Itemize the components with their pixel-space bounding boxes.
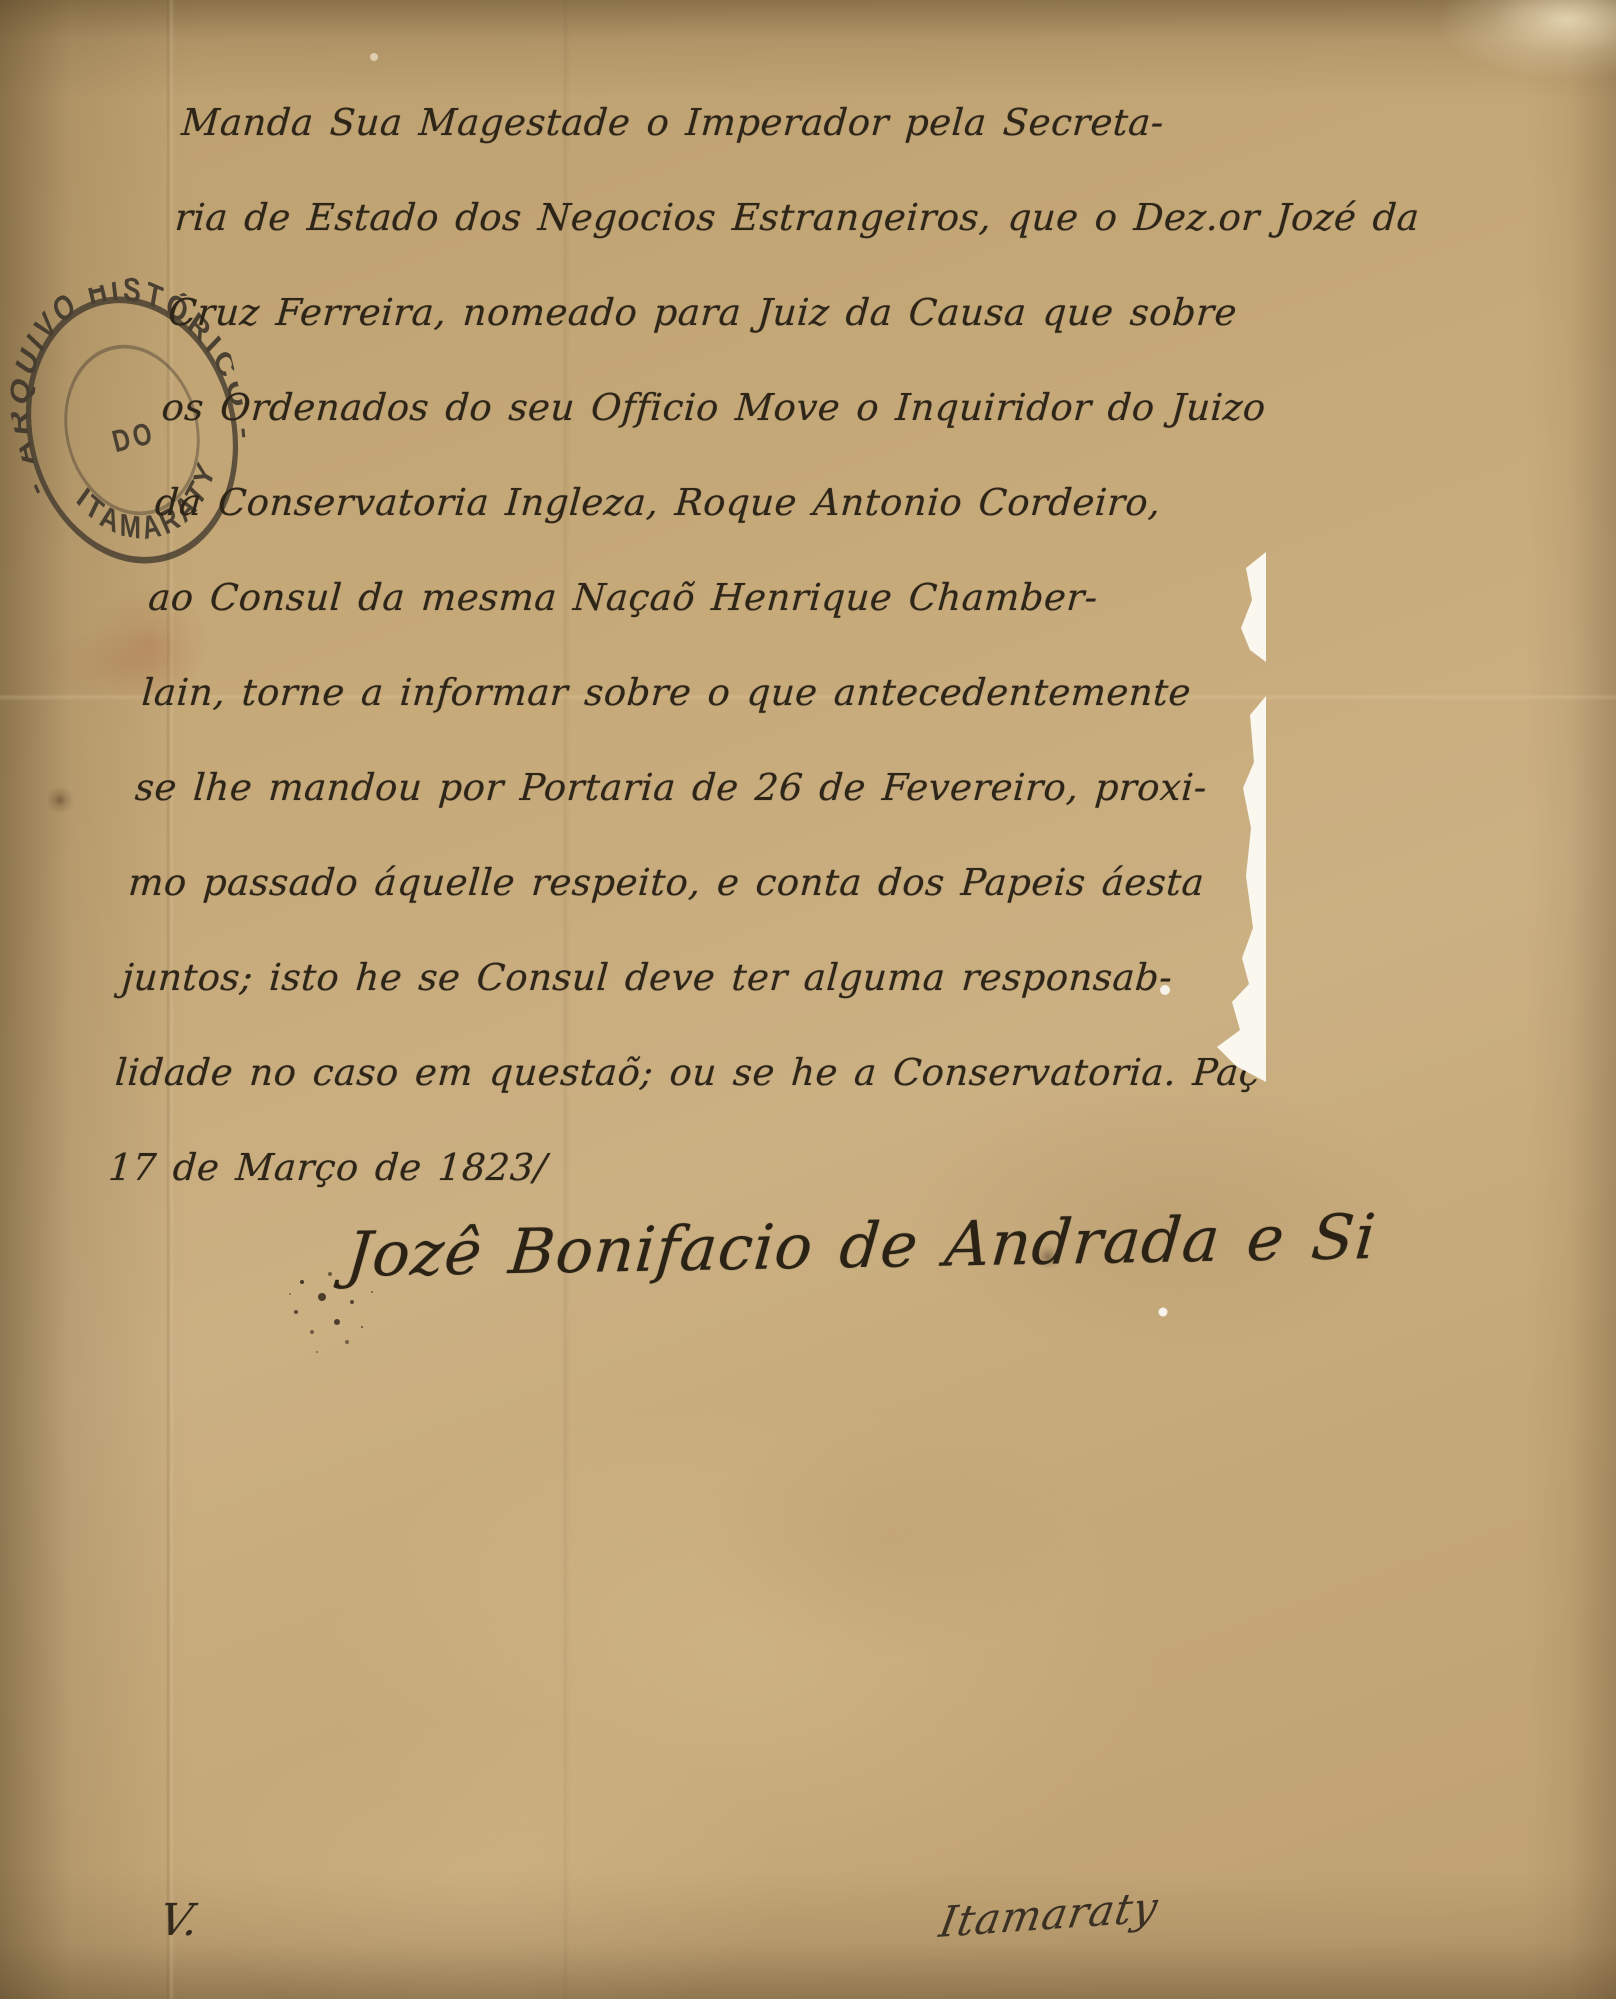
paper-fleck [370, 53, 378, 61]
manuscript-photo: - ARQUIVO HISTÓRICO - ITAMARATY DO Manda… [0, 0, 1616, 1999]
manuscript-line: mo passado áquelle respeito, e conta dos… [125, 835, 1532, 930]
manuscript-line: Manda Sua Magestade o Imperador pela Sec… [178, 75, 1585, 170]
manuscript-body: Manda Sua Magestade o Imperador pela Sec… [105, 75, 1585, 1215]
paper-loss-speck [1159, 1308, 1168, 1317]
manuscript-line: da Conservatoria Ingleza, Roque Antonio … [152, 455, 1559, 550]
ink-splatter-stain [300, 1280, 304, 1284]
manuscript-line: lidade no caso em questaõ; ou se he a Co… [112, 1025, 1519, 1120]
footer-mark-left: V. [156, 1895, 203, 1946]
stamp-center-label: DO [109, 415, 159, 459]
manuscript-line: ao Consul da mesma Naçaõ Henrique Chambe… [145, 550, 1552, 645]
manuscript-line: juntos; isto he se Consul deve ter algum… [119, 930, 1526, 1025]
footer-annotation-right: Itamaraty [936, 1882, 1162, 1947]
manuscript-line: os Ordenados do seu Officio Move o Inqui… [158, 360, 1565, 455]
manuscript-line: Cruz Ferreira, nomeado para Juiz da Caus… [165, 265, 1572, 360]
manuscript-line: se lhe mandou por Portaria de 26 de Feve… [132, 740, 1539, 835]
manuscript-line: ria de Estado dos Negocios Estrangeiros,… [172, 170, 1579, 265]
manuscript-line: lain, torne a informar sobre o que antec… [138, 645, 1545, 740]
